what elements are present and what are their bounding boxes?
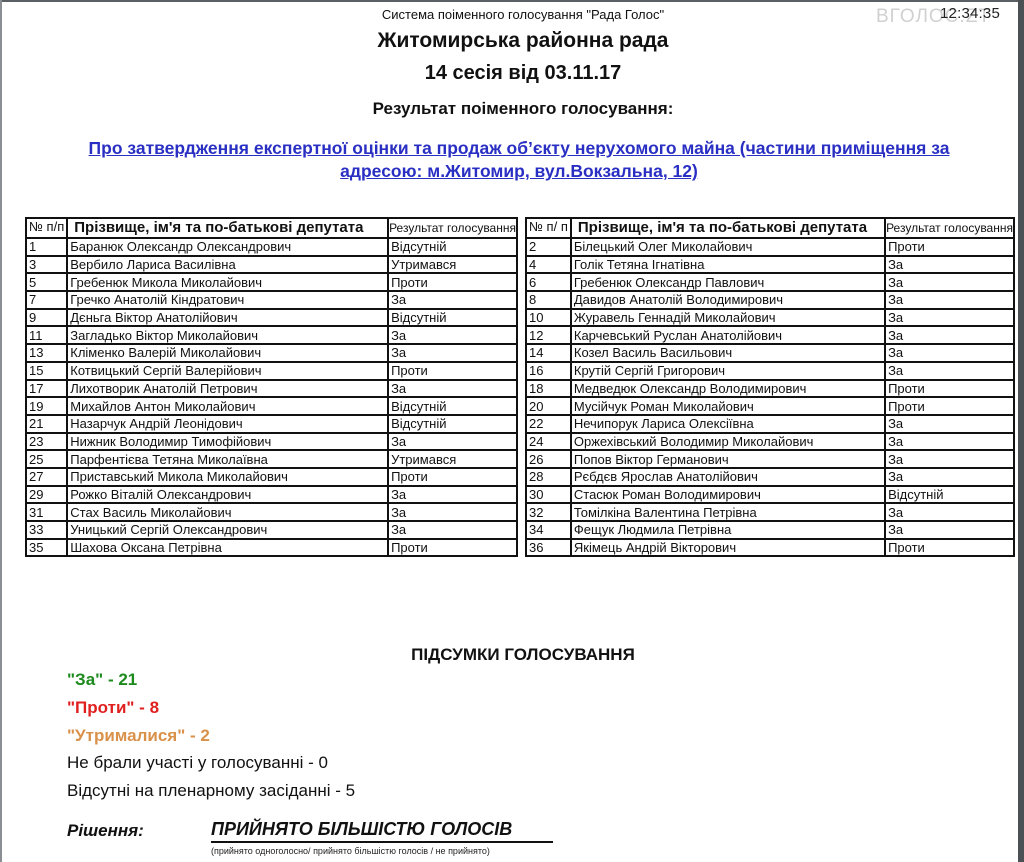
table-row: 2Білецький Олег МиколайовичПроти	[526, 238, 1014, 256]
table-row: 28Рєбдєв Ярослав АнатолійовичЗа	[526, 468, 1014, 486]
deputy-number: 23	[26, 433, 67, 451]
decision-hint: (прийнято одноголосно/ прийнято більшіст…	[211, 846, 581, 856]
vote-result: Проти	[388, 273, 517, 291]
table-row: 8Давидов Анатолій ВолодимировичЗа	[526, 291, 1014, 309]
vote-result: Відсутній	[885, 486, 1014, 504]
table-row: 1Баранюк Олександр ОлександровичВідсутні…	[26, 238, 517, 256]
deputy-number: 32	[526, 503, 571, 521]
deputy-number: 36	[526, 539, 571, 557]
table-row: 34Фещук Людмила ПетрівнаЗа	[526, 521, 1014, 539]
vote-result: За	[388, 326, 517, 344]
vote-result: За	[388, 380, 517, 398]
vote-result: Відсутній	[388, 397, 517, 415]
vote-result: Проти	[885, 539, 1014, 557]
deputy-name: Мусійчук Роман Миколайович	[571, 397, 885, 415]
table-row: 12Карчевський Руслан АнатолійовичЗа	[526, 326, 1014, 344]
system-title: Система поіменного голосування "Рада Гол…	[0, 7, 1024, 22]
timestamp: 12:34:35	[940, 5, 1000, 22]
deputy-number: 10	[526, 309, 571, 327]
vote-result: За	[885, 344, 1014, 362]
table-row: 11Загладько Віктор МиколайовичЗа	[26, 326, 517, 344]
votes-table-left: № п/п Прізвище, ім'я та по-батькові депу…	[25, 217, 518, 557]
vote-result: Проти	[885, 397, 1014, 415]
deputy-number: 28	[526, 468, 571, 486]
table-row: 3Вербило Лариса ВасилівнаУтримався	[26, 256, 517, 274]
col-header-num: № п/ п	[526, 218, 571, 238]
deputy-number: 1	[26, 238, 67, 256]
table-row: 10Журавель Геннадій МиколайовичЗа	[526, 309, 1014, 327]
vote-result: За	[885, 326, 1014, 344]
deputy-number: 35	[26, 539, 67, 557]
summary-absent: Відсутні на пленарному засіданні - 5	[67, 781, 355, 801]
deputy-number: 16	[526, 362, 571, 380]
decision-value: ПРИЙНЯТО БІЛЬШІСТЮ ГОЛОСІВ	[211, 819, 553, 843]
vote-result: Відсутній	[388, 238, 517, 256]
deputy-number: 18	[526, 380, 571, 398]
deputy-name: Попов Віктор Германович	[571, 450, 885, 468]
deputy-number: 30	[526, 486, 571, 504]
deputy-name: Стах Василь Миколайович	[67, 503, 388, 521]
table-row: 36Якімець Андрій ВікторовичПроти	[526, 539, 1014, 557]
deputy-name: Гребенюк Микола Миколайович	[67, 273, 388, 291]
vote-result: Утримався	[388, 256, 517, 274]
deputy-name: Вербило Лариса Василівна	[67, 256, 388, 274]
deputy-name: Загладько Віктор Миколайович	[67, 326, 388, 344]
deputy-name: Козел Василь Васильович	[571, 344, 885, 362]
table-row: 26Попов Віктор ГермановичЗа	[526, 450, 1014, 468]
deputy-name: Крутій Сергій Григорович	[571, 362, 885, 380]
vote-result: Проти	[885, 380, 1014, 398]
summary-not-voted: Не брали участі у голосуванні - 0	[67, 753, 328, 773]
deputy-number: 31	[26, 503, 67, 521]
table-row: 19Михайлов Антон МиколайовичВідсутній	[26, 397, 517, 415]
deputy-number: 20	[526, 397, 571, 415]
vote-result: За	[885, 309, 1014, 327]
table-row: 29Рожко Віталій ОлександровичЗа	[26, 486, 517, 504]
deputy-name: Назарчук Андрій Леонідович	[67, 415, 388, 433]
vote-result: За	[388, 291, 517, 309]
table-row: 31Стах Василь МиколайовичЗа	[26, 503, 517, 521]
result-heading: Результат поіменного голосування:	[0, 99, 1024, 119]
deputy-name: Рєбдєв Ярослав Анатолійович	[571, 468, 885, 486]
deputy-name: Білецький Олег Миколайович	[571, 238, 885, 256]
deputy-name: Томілкіна Валентина Петрівна	[571, 503, 885, 521]
decision-label: Рішення:	[67, 821, 144, 841]
table-row: 30Стасюк Роман ВолодимировичВідсутній	[526, 486, 1014, 504]
window-frame-top	[0, 0, 1024, 2]
table-row: 35Шахова Оксана ПетрівнаПроти	[26, 539, 517, 557]
deputy-name: Оржехівський Володимир Миколайович	[571, 433, 885, 451]
deputy-number: 15	[26, 362, 67, 380]
deputy-number: 22	[526, 415, 571, 433]
table-row: 17Лихотворик Анатолій ПетровичЗа	[26, 380, 517, 398]
deputy-name: Голік Тетяна Ігнатівна	[571, 256, 885, 274]
vote-result: За	[885, 468, 1014, 486]
deputy-number: 14	[526, 344, 571, 362]
table-row: 24Оржехівський Володимир МиколайовичЗа	[526, 433, 1014, 451]
table-row: 20Мусійчук Роман МиколайовичПроти	[526, 397, 1014, 415]
table-row: 9Дєньга Віктор АнатолійовичВідсутній	[26, 309, 517, 327]
col-header-num: № п/п	[26, 218, 67, 238]
deputy-name: Гребенюк Олександр Павлович	[571, 273, 885, 291]
deputy-name: Медведюк Олександр Володимирович	[571, 380, 885, 398]
council-title: Житомирська районна рада	[0, 29, 1024, 53]
vote-result: За	[388, 486, 517, 504]
deputy-number: 3	[26, 256, 67, 274]
table-row: 7Гречко Анатолій КіндратовичЗа	[26, 291, 517, 309]
vote-result: За	[885, 521, 1014, 539]
col-header-name: Прізвище, ім'я та по-батькові депутата	[571, 218, 885, 238]
deputy-name: Давидов Анатолій Володимирович	[571, 291, 885, 309]
vote-result: За	[388, 521, 517, 539]
deputy-number: 19	[26, 397, 67, 415]
deputy-number: 12	[526, 326, 571, 344]
deputy-number: 8	[526, 291, 571, 309]
session-title: 14 сесія від 03.11.17	[0, 62, 1024, 85]
deputy-number: 33	[26, 521, 67, 539]
subject-link[interactable]: Про затвердження експертної оцінки та пр…	[60, 137, 978, 183]
table-row: 25Парфентієва Тетяна МиколаївнаУтримався	[26, 450, 517, 468]
table-row: 22Нечипорук Лариса ОлексіївнаЗа	[526, 415, 1014, 433]
deputy-name: Карчевський Руслан Анатолійович	[571, 326, 885, 344]
table-row: 33Уницький Сергій ОлександровичЗа	[26, 521, 517, 539]
votes-table-right: № п/ п Прізвище, ім'я та по-батькові деп…	[525, 217, 1015, 557]
deputy-name: Журавель Геннадій Миколайович	[571, 309, 885, 327]
deputy-name: Нижник Володимир Тимофійович	[67, 433, 388, 451]
vote-result: За	[885, 433, 1014, 451]
table-row: 14Козел Василь ВасильовичЗа	[526, 344, 1014, 362]
deputy-name: Баранюк Олександр Олександрович	[67, 238, 388, 256]
deputy-number: 5	[26, 273, 67, 291]
deputy-name: Котвицький Сергій Валерійович	[67, 362, 388, 380]
deputy-name: Кліменко Валерій Миколайович	[67, 344, 388, 362]
deputy-name: Гречко Анатолій Кіндратович	[67, 291, 388, 309]
deputy-name: Якімець Андрій Вікторович	[571, 539, 885, 557]
deputy-name: Шахова Оксана Петрівна	[67, 539, 388, 557]
deputy-name: Нечипорук Лариса Олексіївна	[571, 415, 885, 433]
deputy-number: 7	[26, 291, 67, 309]
deputy-number: 17	[26, 380, 67, 398]
deputy-number: 4	[526, 256, 571, 274]
deputy-name: Лихотворик Анатолій Петрович	[67, 380, 388, 398]
deputy-name: Стасюк Роман Володимирович	[571, 486, 885, 504]
deputy-number: 21	[26, 415, 67, 433]
col-header-name: Прізвище, ім'я та по-батькові депутата	[67, 218, 388, 238]
deputy-number: 2	[526, 238, 571, 256]
table-row: 18Медведюк Олександр ВолодимировичПроти	[526, 380, 1014, 398]
vote-result: Проти	[388, 362, 517, 380]
table-row: 32Томілкіна Валентина ПетрівнаЗа	[526, 503, 1014, 521]
deputy-number: 6	[526, 273, 571, 291]
vote-result: За	[885, 415, 1014, 433]
deputy-number: 9	[26, 309, 67, 327]
vote-result: Проти	[388, 468, 517, 486]
table-row: 6Гребенюк Олександр ПавловичЗа	[526, 273, 1014, 291]
vote-result: За	[885, 503, 1014, 521]
vote-result: Проти	[885, 238, 1014, 256]
deputy-name: Дєньга Віктор Анатолійович	[67, 309, 388, 327]
summary-for: "За" - 21	[67, 670, 137, 690]
summary-abstained: "Утрималися" - 2	[67, 726, 210, 746]
deputy-name: Рожко Віталій Олександрович	[67, 486, 388, 504]
deputy-name: Уницький Сергій Олександрович	[67, 521, 388, 539]
table-row: 13Кліменко Валерій МиколайовичЗа	[26, 344, 517, 362]
vote-result: За	[388, 433, 517, 451]
table-row: 15Котвицький Сергій ВалерійовичПроти	[26, 362, 517, 380]
vote-result: За	[388, 344, 517, 362]
deputy-number: 34	[526, 521, 571, 539]
deputy-name: Фещук Людмила Петрівна	[571, 521, 885, 539]
deputy-number: 11	[26, 326, 67, 344]
vote-result: Проти	[388, 539, 517, 557]
deputy-number: 24	[526, 433, 571, 451]
table-row: 21Назарчук Андрій ЛеонідовичВідсутній	[26, 415, 517, 433]
deputy-number: 25	[26, 450, 67, 468]
table-row: 5Гребенюк Микола МиколайовичПроти	[26, 273, 517, 291]
deputy-number: 26	[526, 450, 571, 468]
vote-result: За	[885, 450, 1014, 468]
vote-result: Відсутній	[388, 415, 517, 433]
window-frame-left	[0, 0, 2, 862]
deputy-number: 13	[26, 344, 67, 362]
deputy-number: 29	[26, 486, 67, 504]
col-header-result: Результат голосування	[885, 218, 1014, 238]
summary-against: "Проти" - 8	[67, 698, 159, 718]
summary-title: ПІДСУМКИ ГОЛОСУВАННЯ	[0, 645, 1024, 665]
vote-result: Утримався	[388, 450, 517, 468]
vote-result: За	[388, 503, 517, 521]
table-row: 27Приставський Микола МиколайовичПроти	[26, 468, 517, 486]
deputy-number: 27	[26, 468, 67, 486]
col-header-result: Результат голосування	[388, 218, 517, 238]
table-row: 16Крутій Сергій ГригоровичЗа	[526, 362, 1014, 380]
deputy-name: Приставський Микола Миколайович	[67, 468, 388, 486]
vote-result: За	[885, 362, 1014, 380]
window-frame-right	[1018, 0, 1024, 862]
deputy-name: Михайлов Антон Миколайович	[67, 397, 388, 415]
table-row: 23Нижник Володимир ТимофійовичЗа	[26, 433, 517, 451]
deputy-name: Парфентієва Тетяна Миколаївна	[67, 450, 388, 468]
vote-result: Відсутній	[388, 309, 517, 327]
table-row: 4Голік Тетяна ІгнатівнаЗа	[526, 256, 1014, 274]
vote-result: За	[885, 256, 1014, 274]
vote-result: За	[885, 273, 1014, 291]
vote-result: За	[885, 291, 1014, 309]
